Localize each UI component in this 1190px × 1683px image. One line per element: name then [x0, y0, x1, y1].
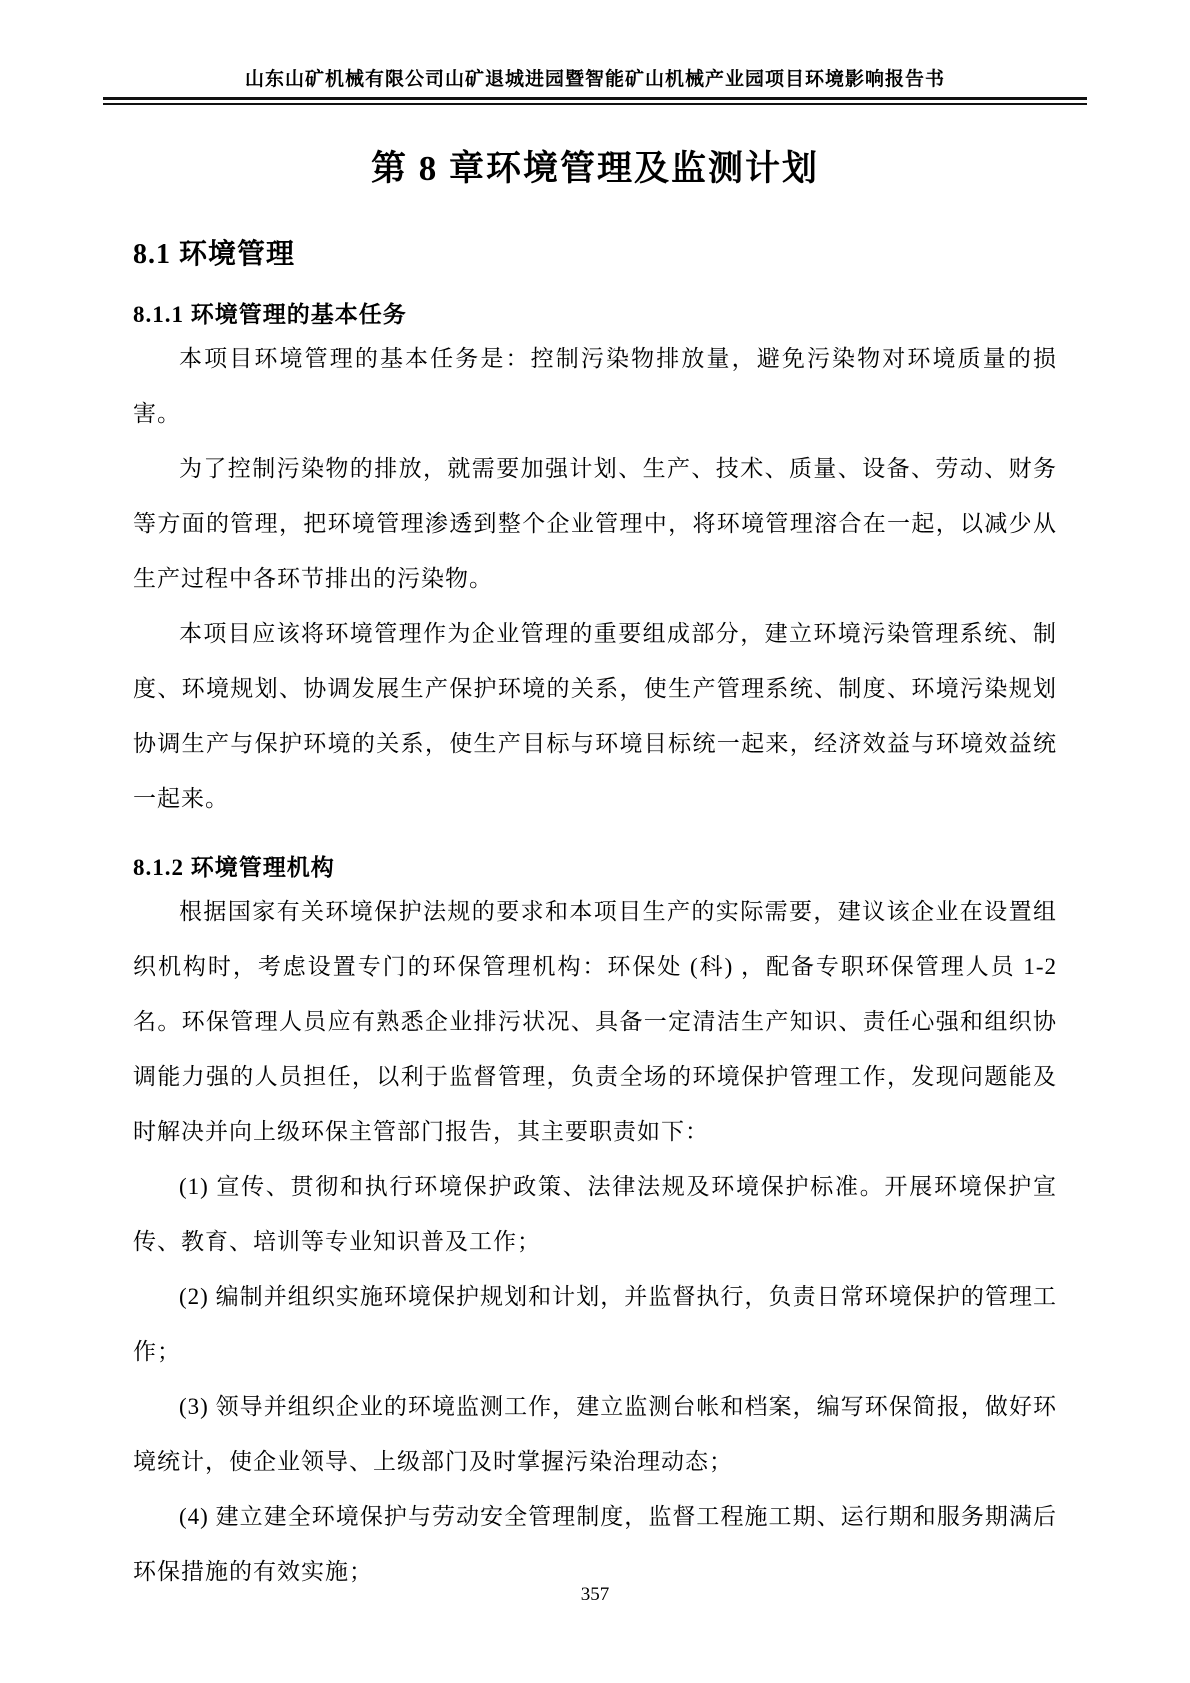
paragraph-management-integration: 本项目应该将环境管理作为企业管理的重要组成部分，建立环境污染管理系统、制度、环境… [133, 606, 1057, 826]
paragraph-org-structure: 根据国家有关环境保护法规的要求和本项目生产的实际需要，建议该企业在设置组织机构时… [133, 884, 1057, 1159]
running-header-title: 山东山矿机械有限公司山矿退城进园暨智能矿山机械产业园项目环境影响报告书 [0, 0, 1190, 92]
section-heading-8-1: 8.1 环境管理 [133, 237, 1057, 273]
paragraph-duty-2: (2) 编制并组织实施环境保护规划和计划，并监督执行，负责日常环境保护的管理工作… [133, 1269, 1057, 1379]
subsection-heading-8-1-1: 8.1.1 环境管理的基本任务 [133, 299, 1057, 331]
header-rule [103, 97, 1087, 105]
document-body: 8.1 环境管理 8.1.1 环境管理的基本任务 本项目环境管理的基本任务是：控… [0, 237, 1190, 1599]
subsection-heading-8-1-2: 8.1.2 环境管理机构 [133, 852, 1057, 884]
chapter-title: 第 8 章环境管理及监测计划 [0, 147, 1190, 191]
document-page: 山东山矿机械有限公司山矿退城进园暨智能矿山机械产业园项目环境影响报告书 第 8 … [0, 0, 1190, 1683]
paragraph-pollution-control-management: 为了控制污染物的排放，就需要加强计划、生产、技术、质量、设备、劳动、财务等方面的… [133, 441, 1057, 606]
page-number: 357 [0, 1583, 1190, 1607]
paragraph-duty-1: (1) 宣传、贯彻和执行环境保护政策、法律法规及环境保护标准。开展环境保护宣传、… [133, 1159, 1057, 1269]
paragraph-basic-task-statement: 本项目环境管理的基本任务是：控制污染物排放量，避免污染物对环境质量的损害。 [133, 331, 1057, 441]
paragraph-duty-3: (3) 领导并组织企业的环境监测工作，建立监测台帐和档案，编写环保简报，做好环境… [133, 1379, 1057, 1489]
